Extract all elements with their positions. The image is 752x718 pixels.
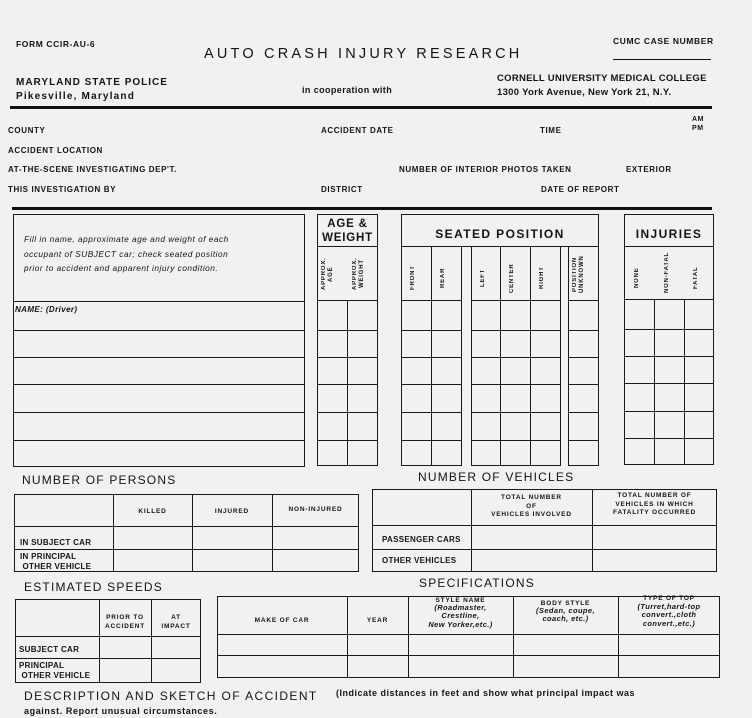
case-number-input[interactable] xyxy=(613,48,711,60)
accident-date-input[interactable] xyxy=(401,122,535,134)
spec-col-year: YEAR xyxy=(347,616,408,625)
fatal-header: FATAL xyxy=(693,258,705,298)
investigating-dept-label: AT-THE-SCENE INVESTIGATING DEP'T. xyxy=(8,165,177,174)
interior-photos-input[interactable] xyxy=(592,161,614,173)
description-note: (Indicate distances in feet and show wha… xyxy=(336,688,635,698)
approx-weight-header: APPROX. WEIGHT xyxy=(352,252,368,296)
driver-name-label: NAME: (Driver) xyxy=(15,305,78,314)
occupant-name-input-1[interactable] xyxy=(96,303,301,327)
accident-date-label: ACCIDENT DATE xyxy=(321,126,394,135)
right-header: RIGHT xyxy=(539,258,551,298)
age-weight-title: AGE & WEIGHT xyxy=(317,217,378,245)
cooperation-text: in cooperation with xyxy=(302,85,392,95)
spec-col-style-name-note: (Roadmaster, Crestline, New Yorker,etc.) xyxy=(408,604,513,629)
instructions-line-3: prior to accident and apparent injury co… xyxy=(24,261,229,276)
occupant-name-input-5[interactable] xyxy=(16,414,302,438)
time-input[interactable] xyxy=(566,122,688,134)
position-unknown-header: POSITION UNKNOWN xyxy=(572,250,594,298)
injuries-title: INJURIES xyxy=(624,227,714,241)
right-org-address: 1300 York Avenue, New York 21, N.Y. xyxy=(497,87,671,98)
right-org-name: CORNELL UNIVERSITY MEDICAL COLLEGE xyxy=(497,73,707,84)
case-number-label: CUMC CASE NUMBER xyxy=(613,36,714,46)
instructions-line-1: Fill in name, approximate age and weight… xyxy=(24,232,229,247)
non-fatal-header: NON-FATAL xyxy=(664,248,676,298)
occupant-name-input-6[interactable] xyxy=(16,442,302,465)
front-header: FRONT xyxy=(410,258,422,298)
rear-header: REAR xyxy=(440,258,452,298)
seated-position-title: SEATED POSITION xyxy=(401,227,599,241)
spec-col-type-of-top-note: (Turret,hard-top convert.,cloth convert.… xyxy=(618,603,720,628)
speeds-col-prior: PRIOR TO ACCIDENT xyxy=(99,613,151,631)
approx-age-header: APPROX. AGE xyxy=(321,252,337,296)
vehicles-row-other-vehicles: OTHER VEHICLES xyxy=(382,556,456,566)
investigation-by-input[interactable] xyxy=(139,181,316,193)
vehicles-title: NUMBER OF VEHICLES xyxy=(418,470,574,484)
investigating-dept-input[interactable] xyxy=(212,161,395,173)
county-label: COUNTY xyxy=(8,126,45,135)
description-input[interactable] xyxy=(244,704,706,714)
persons-col-killed: KILLED xyxy=(113,507,192,516)
speeds-col-impact: AT IMPACT xyxy=(151,613,201,631)
specifications-title: SPECIFICATIONS xyxy=(419,576,535,590)
spec-col-body-style-note: (Sedan, coupe, coach, etc.) xyxy=(513,607,618,624)
speeds-row-subject-car: SUBJECT CAR xyxy=(19,645,79,655)
time-label: TIME xyxy=(540,126,562,135)
investigation-by-label: THIS INVESTIGATION BY xyxy=(8,185,116,194)
accident-location-input[interactable] xyxy=(113,142,707,154)
interior-photos-label: NUMBER OF INTERIOR PHOTOS TAKEN xyxy=(399,165,572,174)
form-id: FORM CCIR-AU-6 xyxy=(16,39,95,49)
speeds-row-other-vehicle: PRINCIPAL OTHER VEHICLE xyxy=(19,661,90,681)
date-of-report-label: DATE OF REPORT xyxy=(541,185,619,194)
description-title: DESCRIPTION AND SKETCH OF ACCIDENT xyxy=(24,689,318,703)
occupant-name-input-2[interactable] xyxy=(16,332,302,356)
pm-option[interactable]: PM xyxy=(692,125,704,132)
county-input[interactable] xyxy=(47,122,315,134)
vehicles-col-fatality: TOTAL NUMBER OF VEHICLES IN WHICH FATALI… xyxy=(592,492,717,518)
accident-location-label: ACCIDENT LOCATION xyxy=(8,146,103,155)
occupant-name-input-4[interactable] xyxy=(16,386,302,410)
left-org-name: MARYLAND STATE POLICE xyxy=(16,77,168,88)
speeds-title: ESTIMATED SPEEDS xyxy=(24,580,163,594)
persons-row-other-vehicle: IN PRINCIPAL OTHER VEHICLE xyxy=(20,552,91,572)
description-note-line2: against. Report unusual circumstances. xyxy=(24,706,217,716)
spec-col-make: MAKE OF CAR xyxy=(217,616,347,625)
center-header: CENTER xyxy=(509,258,521,298)
occupant-instructions: Fill in name, approximate age and weight… xyxy=(24,232,229,276)
district-input[interactable] xyxy=(371,181,536,193)
exterior-input[interactable] xyxy=(677,161,707,173)
persons-row-subject-car: IN SUBJECT CAR xyxy=(20,538,91,548)
form-title: AUTO CRASH INJURY RESEARCH xyxy=(204,46,522,62)
fields-divider xyxy=(12,207,712,210)
left-org-location: Pikesville, Maryland xyxy=(16,91,135,102)
header-divider xyxy=(10,106,712,109)
vehicles-row-passenger-cars: PASSENGER CARS xyxy=(382,535,461,545)
persons-col-injured: INJURED xyxy=(192,507,272,516)
occupant-name-input-3[interactable] xyxy=(16,359,302,383)
instructions-line-2: occupant of SUBJECT car; check seated po… xyxy=(24,247,229,262)
am-option[interactable]: AM xyxy=(692,116,704,123)
left-header: LEFT xyxy=(480,258,492,298)
none-header: NONE xyxy=(634,258,646,298)
district-label: DISTRICT xyxy=(321,185,363,194)
date-of-report-input[interactable] xyxy=(629,181,707,193)
exterior-label: EXTERIOR xyxy=(626,165,672,174)
persons-col-non-injured: NON-INJURED xyxy=(272,505,359,514)
vehicles-col-total-involved: TOTAL NUMBER OF VEHICLES INVOLVED xyxy=(471,494,592,520)
persons-title: NUMBER OF PERSONS xyxy=(22,473,176,487)
